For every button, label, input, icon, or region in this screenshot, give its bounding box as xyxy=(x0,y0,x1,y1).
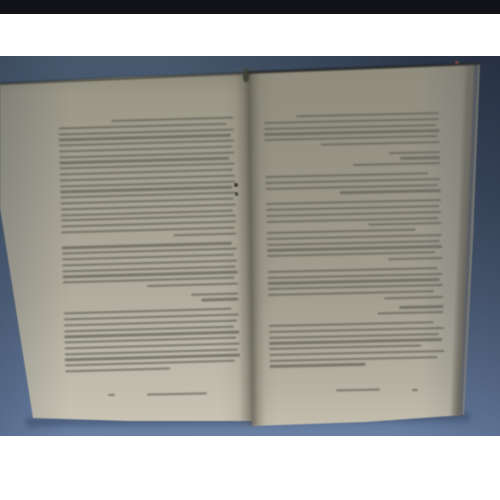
text-line xyxy=(339,189,441,193)
text-line xyxy=(266,205,439,211)
text-line xyxy=(269,338,442,344)
matte-bottom-band xyxy=(0,436,500,500)
text-line xyxy=(64,304,239,313)
text-line xyxy=(62,242,232,249)
text-line xyxy=(61,221,236,228)
text-line xyxy=(191,292,238,296)
text-line xyxy=(61,226,234,233)
letterbox-top-bar xyxy=(0,0,500,14)
text-line xyxy=(384,296,444,300)
left-page-number xyxy=(108,394,115,396)
text-line xyxy=(353,162,441,166)
text-line xyxy=(267,229,416,235)
text-line xyxy=(62,248,237,255)
text-line xyxy=(269,333,439,339)
text-line xyxy=(269,321,434,327)
text-line xyxy=(400,305,444,308)
text-line xyxy=(377,311,444,315)
text-line xyxy=(60,163,235,170)
text-line xyxy=(60,180,235,187)
text-line xyxy=(266,199,441,205)
text-line xyxy=(64,331,239,338)
text-line xyxy=(268,284,443,290)
text-line xyxy=(268,301,443,309)
ink-speck xyxy=(235,192,238,196)
text-line xyxy=(59,146,232,153)
left-page xyxy=(0,70,254,432)
text-line xyxy=(59,140,234,147)
text-line xyxy=(63,288,238,297)
top-edge-right xyxy=(247,62,483,74)
text-line xyxy=(267,267,437,273)
text-line xyxy=(63,271,238,278)
text-line xyxy=(270,363,366,367)
text-line xyxy=(266,211,441,217)
text-line xyxy=(147,282,238,287)
text-line xyxy=(62,259,237,266)
text-line xyxy=(60,192,235,199)
text-line xyxy=(265,172,428,178)
text-line xyxy=(265,168,440,176)
text-line xyxy=(59,157,229,164)
text-line xyxy=(61,209,232,216)
text-line xyxy=(59,151,234,158)
text-line xyxy=(174,232,237,236)
text-line xyxy=(265,178,440,184)
text-line xyxy=(61,203,236,210)
text-line xyxy=(400,157,440,160)
spine-fold-notch xyxy=(243,69,249,82)
text-line xyxy=(368,222,442,226)
text-line xyxy=(269,317,444,325)
red-speck xyxy=(455,61,459,64)
text-line xyxy=(266,217,438,223)
text-line xyxy=(266,184,438,190)
text-line xyxy=(389,151,440,154)
left-running-head xyxy=(147,392,207,396)
text-line xyxy=(65,367,170,372)
text-line xyxy=(267,240,440,246)
open-book xyxy=(0,56,500,436)
text-line xyxy=(264,124,436,130)
right-running-head xyxy=(336,389,380,392)
text-line xyxy=(267,251,435,257)
text-line xyxy=(269,327,444,333)
text-line xyxy=(321,141,440,146)
text-line xyxy=(64,314,239,321)
text-line xyxy=(269,356,437,362)
right-page-number xyxy=(412,389,418,391)
text-line xyxy=(62,254,233,261)
ink-speck xyxy=(234,183,238,187)
text-line xyxy=(61,215,236,222)
text-line xyxy=(60,169,233,176)
book-cast-shadow xyxy=(26,413,470,430)
text-line xyxy=(58,123,226,130)
text-line xyxy=(59,128,234,135)
text-line xyxy=(295,112,439,117)
text-line xyxy=(60,174,235,181)
text-line xyxy=(268,273,443,279)
text-line xyxy=(264,129,439,135)
text-line xyxy=(61,198,234,205)
text-line xyxy=(268,290,434,296)
text-line xyxy=(65,348,238,355)
text-line xyxy=(269,350,444,356)
text-line xyxy=(62,238,237,247)
text-line xyxy=(62,265,235,272)
left-page-text-block xyxy=(58,117,240,388)
text-line xyxy=(60,186,231,193)
text-line xyxy=(64,308,232,315)
text-line xyxy=(267,234,442,240)
text-line xyxy=(264,118,439,124)
text-line xyxy=(267,263,442,271)
text-line xyxy=(64,337,235,344)
right-page-text-block xyxy=(264,112,445,388)
right-page xyxy=(246,60,484,434)
gutter-shadow xyxy=(235,68,266,426)
text-line xyxy=(264,135,437,141)
text-line xyxy=(266,195,441,203)
text-line xyxy=(388,257,442,260)
text-line xyxy=(268,278,440,284)
screenshot-canvas xyxy=(0,0,500,500)
text-line xyxy=(202,298,239,301)
text-line xyxy=(111,117,234,123)
text-line xyxy=(64,319,237,326)
top-edge-left xyxy=(0,71,252,85)
text-line xyxy=(267,245,442,251)
text-line xyxy=(265,147,440,155)
text-line xyxy=(269,345,421,351)
text-line xyxy=(65,354,240,361)
text-line xyxy=(64,325,234,332)
page-fore-edge xyxy=(449,64,480,416)
text-line xyxy=(65,342,240,349)
text-line xyxy=(65,360,235,367)
text-line xyxy=(59,134,230,141)
book-photo xyxy=(0,56,500,436)
text-line xyxy=(63,277,234,284)
matte-top-band xyxy=(0,14,500,56)
